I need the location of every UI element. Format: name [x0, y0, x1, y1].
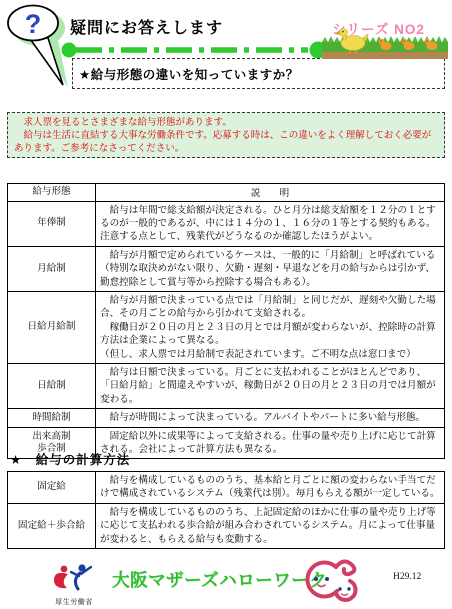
table-row: 日給月給制 給与が月額で決まっている点では「月給制」と同じだが、遅刻や欠勤した場… [8, 291, 445, 363]
banner-title: ★給与形態の違いを知っていますか？ [79, 65, 299, 83]
calc-type-label: 固定給 [8, 472, 96, 504]
page-title: 疑問にお答えします [70, 15, 223, 38]
salary-type-label: 日給月給制 [8, 291, 96, 363]
salary-type-label: 年俸制 [8, 201, 96, 246]
notice-line: 求人票を見るとさまざまな給与形態があります。 [14, 116, 438, 129]
flyer-page: ? 疑問にお答えします シリーズ NO2 [0, 0, 452, 609]
salary-type-desc: 給与が月額で決まっている点では「月給制」と同じだが、遅刻や欠勤した場合、その月ご… [96, 291, 445, 363]
table-row: 年俸制 給与は年間で総支給額が決定される。ひと月分は総支給額を１２分の１とするの… [8, 201, 445, 246]
table-row: 時間給制 給与が時間によって決まっている。アルバイトやパートに多い給与形態。 [8, 409, 445, 427]
dash-dot-divider [60, 41, 330, 59]
divider-left-dot [62, 43, 77, 58]
salary-type-desc: 給与は日額で決まっている。月ごとに支払われることがほとんどであり、「日給月給」と… [96, 363, 445, 408]
table-row: 日給制 給与は日額で決まっている。月ごとに支払われることがほとんどであり、「日給… [8, 363, 445, 408]
table-row: 月給制 給与が月額で定められているケースは、一般的に「月給制」と呼ばれている（特… [8, 246, 445, 291]
salary-type-label: 月給制 [8, 246, 96, 291]
calc-method-heading: ★ 給与の計算方法 [10, 450, 130, 468]
salary-type-desc: 固定給以外に成果等によって支給される。仕事の量や売り上げに応じて計算される。会社… [96, 427, 445, 459]
organization-name: 大阪マザーズハローワーク [112, 567, 327, 592]
table-header-row: 給与形態 説 明 [8, 184, 445, 202]
table-row: 固定給＋歩合給 給与を構成しているもののうち、上記固定給のほかに仕事の量や売り上… [8, 503, 445, 548]
salary-type-label: 時間給制 [8, 409, 96, 427]
calc-type-desc: 給与を構成しているもののうち、上記固定給のほかに仕事の量や売り上げ等に応じて支払… [96, 503, 445, 548]
ministry-of-health-labour-welfare-logo [44, 562, 104, 594]
notice-box: 求人票を見るとさまざまな給与形態があります。 給与は生活に直結する大事な労働条件… [7, 112, 445, 158]
question-mark: ? [25, 9, 42, 39]
salary-type-desc: 給与は年間で総支給額が決定される。ひと月分は総支給額を１２分の１とするのが一般的… [96, 201, 445, 246]
mother-child-mascot [298, 557, 364, 607]
calc-method-table: 固定給 給与を構成しているもののうち、基本給と月ごとに額の変わらない手当てだけで… [7, 471, 445, 549]
calc-type-desc: 給与を構成しているもののうち、基本給と月ごとに額の変わらない手当てだけで構成され… [96, 472, 445, 504]
banner-box: ★給与形態の違いを知っていますか？ [72, 58, 445, 89]
dirt [322, 51, 448, 59]
salary-type-table: 給与形態 説 明 年俸制 給与は年間で総支給額が決定される。ひと月分は総支給額を… [7, 183, 445, 459]
calc-type-label: 固定給＋歩合給 [8, 503, 96, 548]
salary-type-desc: 給与が時間によって決まっている。アルバイトやパートに多い給与形態。 [96, 409, 445, 427]
notice-line: 給与は生活に直結する大事な労働条件です。応募する時は、この違いをよく理解しておく… [14, 129, 438, 155]
col-header-desc: 説 明 [96, 184, 445, 202]
salary-type-label: 日給制 [8, 363, 96, 408]
table-row: 固定給 給与を構成しているもののうち、基本給と月ごとに額の変わらない手当てだけで… [8, 472, 445, 504]
duck-family-illustration [322, 28, 448, 59]
salary-type-desc: 給与が月額で定められているケースは、一般的に「月給制」と呼ばれている（特別な取決… [96, 246, 445, 291]
issue-date: H29.12 [393, 572, 421, 582]
ministry-name: 厚生労働省 [42, 597, 106, 607]
mhlw-logo-block: 厚生労働省 [42, 562, 106, 604]
col-header-type: 給与形態 [8, 184, 96, 202]
